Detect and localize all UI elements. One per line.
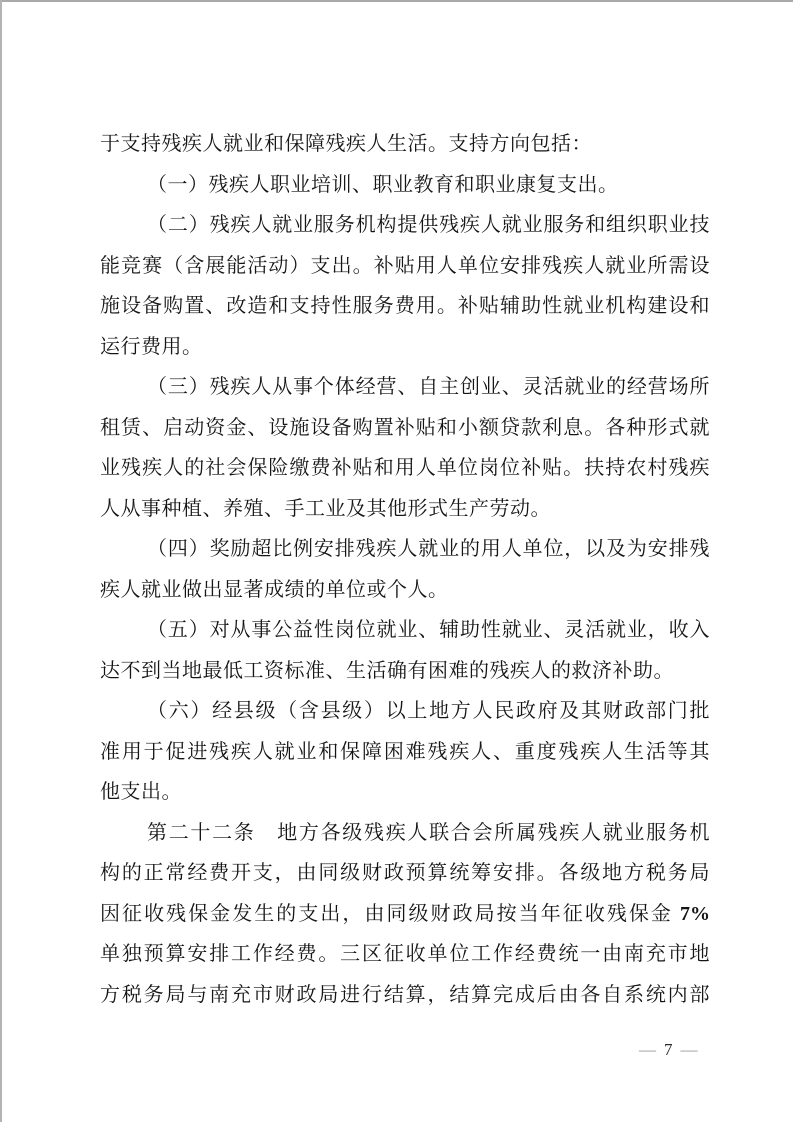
scan-edge-top-line (0, 0, 793, 2)
body-line: 租赁、启动资金、设施设备购置补贴和小额贷款利息。各种形式就 (100, 408, 710, 449)
body-line: 第二十二条 地方各级残疾人联合会所属残疾人就业服务机 (100, 813, 710, 854)
body-line: 运行费用。 (100, 327, 710, 368)
body-line: 方税务局与南充市财政局进行结算，结算完成后由各自系统内部 (100, 975, 710, 1016)
footer-dash-left: — (639, 1040, 656, 1059)
body-line-text: 因征收残保金发生的支出，由同级财政局按当年征收残保金 (100, 903, 680, 925)
body-line: 能竞赛（含展能活动）支出。补贴用人单位安排残疾人就业所需设 (100, 246, 710, 287)
scan-edge-left-line (0, 0, 2, 1122)
body-line: 业残疾人的社会保险缴费补贴和用人单位岗位补贴。扶持农村残疾 (100, 448, 710, 489)
body-line: （六）经县级（含县级）以上地方人民政府及其财政部门批 (100, 691, 710, 732)
document-body: 于支持残疾人就业和保障残疾人生活。支持方向包括： （一）残疾人职业培训、职业教育… (100, 124, 710, 1015)
levy-rate-bold-text: 7% (680, 903, 710, 925)
body-line: 施设备购置、改造和支持性服务费用。补贴辅助性就业机构建设和 (100, 286, 710, 327)
body-line: （三）残疾人从事个体经营、自主创业、灵活就业的经营场所 (100, 367, 710, 408)
body-line: 单独预算安排工作经费。三区征收单位工作经费统一由南充市地 (100, 934, 710, 975)
page-number: 7 (664, 1040, 673, 1059)
body-line: （二）残疾人就业服务机构提供残疾人就业服务和组织职业技 (100, 205, 710, 246)
body-line: 于支持残疾人就业和保障残疾人生活。支持方向包括： (100, 124, 710, 165)
body-line: 准用于促进残疾人就业和保障困难残疾人、重度残疾人生活等其 (100, 732, 710, 773)
body-line: 他支出。 (100, 772, 710, 813)
body-line: 人从事种植、养殖、手工业及其他形式生产劳动。 (100, 489, 710, 530)
body-line: 疾人就业做出显著成绩的单位或个人。 (100, 570, 710, 611)
body-line: 因征收残保金发生的支出，由同级财政局按当年征收残保金 7% (100, 894, 710, 935)
footer-dash-right: — (681, 1040, 698, 1059)
body-line: （五）对从事公益性岗位就业、辅助性就业、灵活就业，收入 (100, 610, 710, 651)
body-line: （一）残疾人职业培训、职业教育和职业康复支出。 (100, 165, 710, 206)
document-page: 于支持残疾人就业和保障残疾人生活。支持方向包括： （一）残疾人职业培训、职业教育… (0, 0, 793, 1122)
body-line: （四）奖励超比例安排残疾人就业的用人单位，以及为安排残 (100, 529, 710, 570)
page-footer: —7— (639, 1040, 698, 1060)
body-line: 构的正常经费开支，由同级财政预算统筹安排。各级地方税务局 (100, 853, 710, 894)
body-line: 达不到当地最低工资标准、生活确有困难的残疾人的救济补助。 (100, 651, 710, 692)
